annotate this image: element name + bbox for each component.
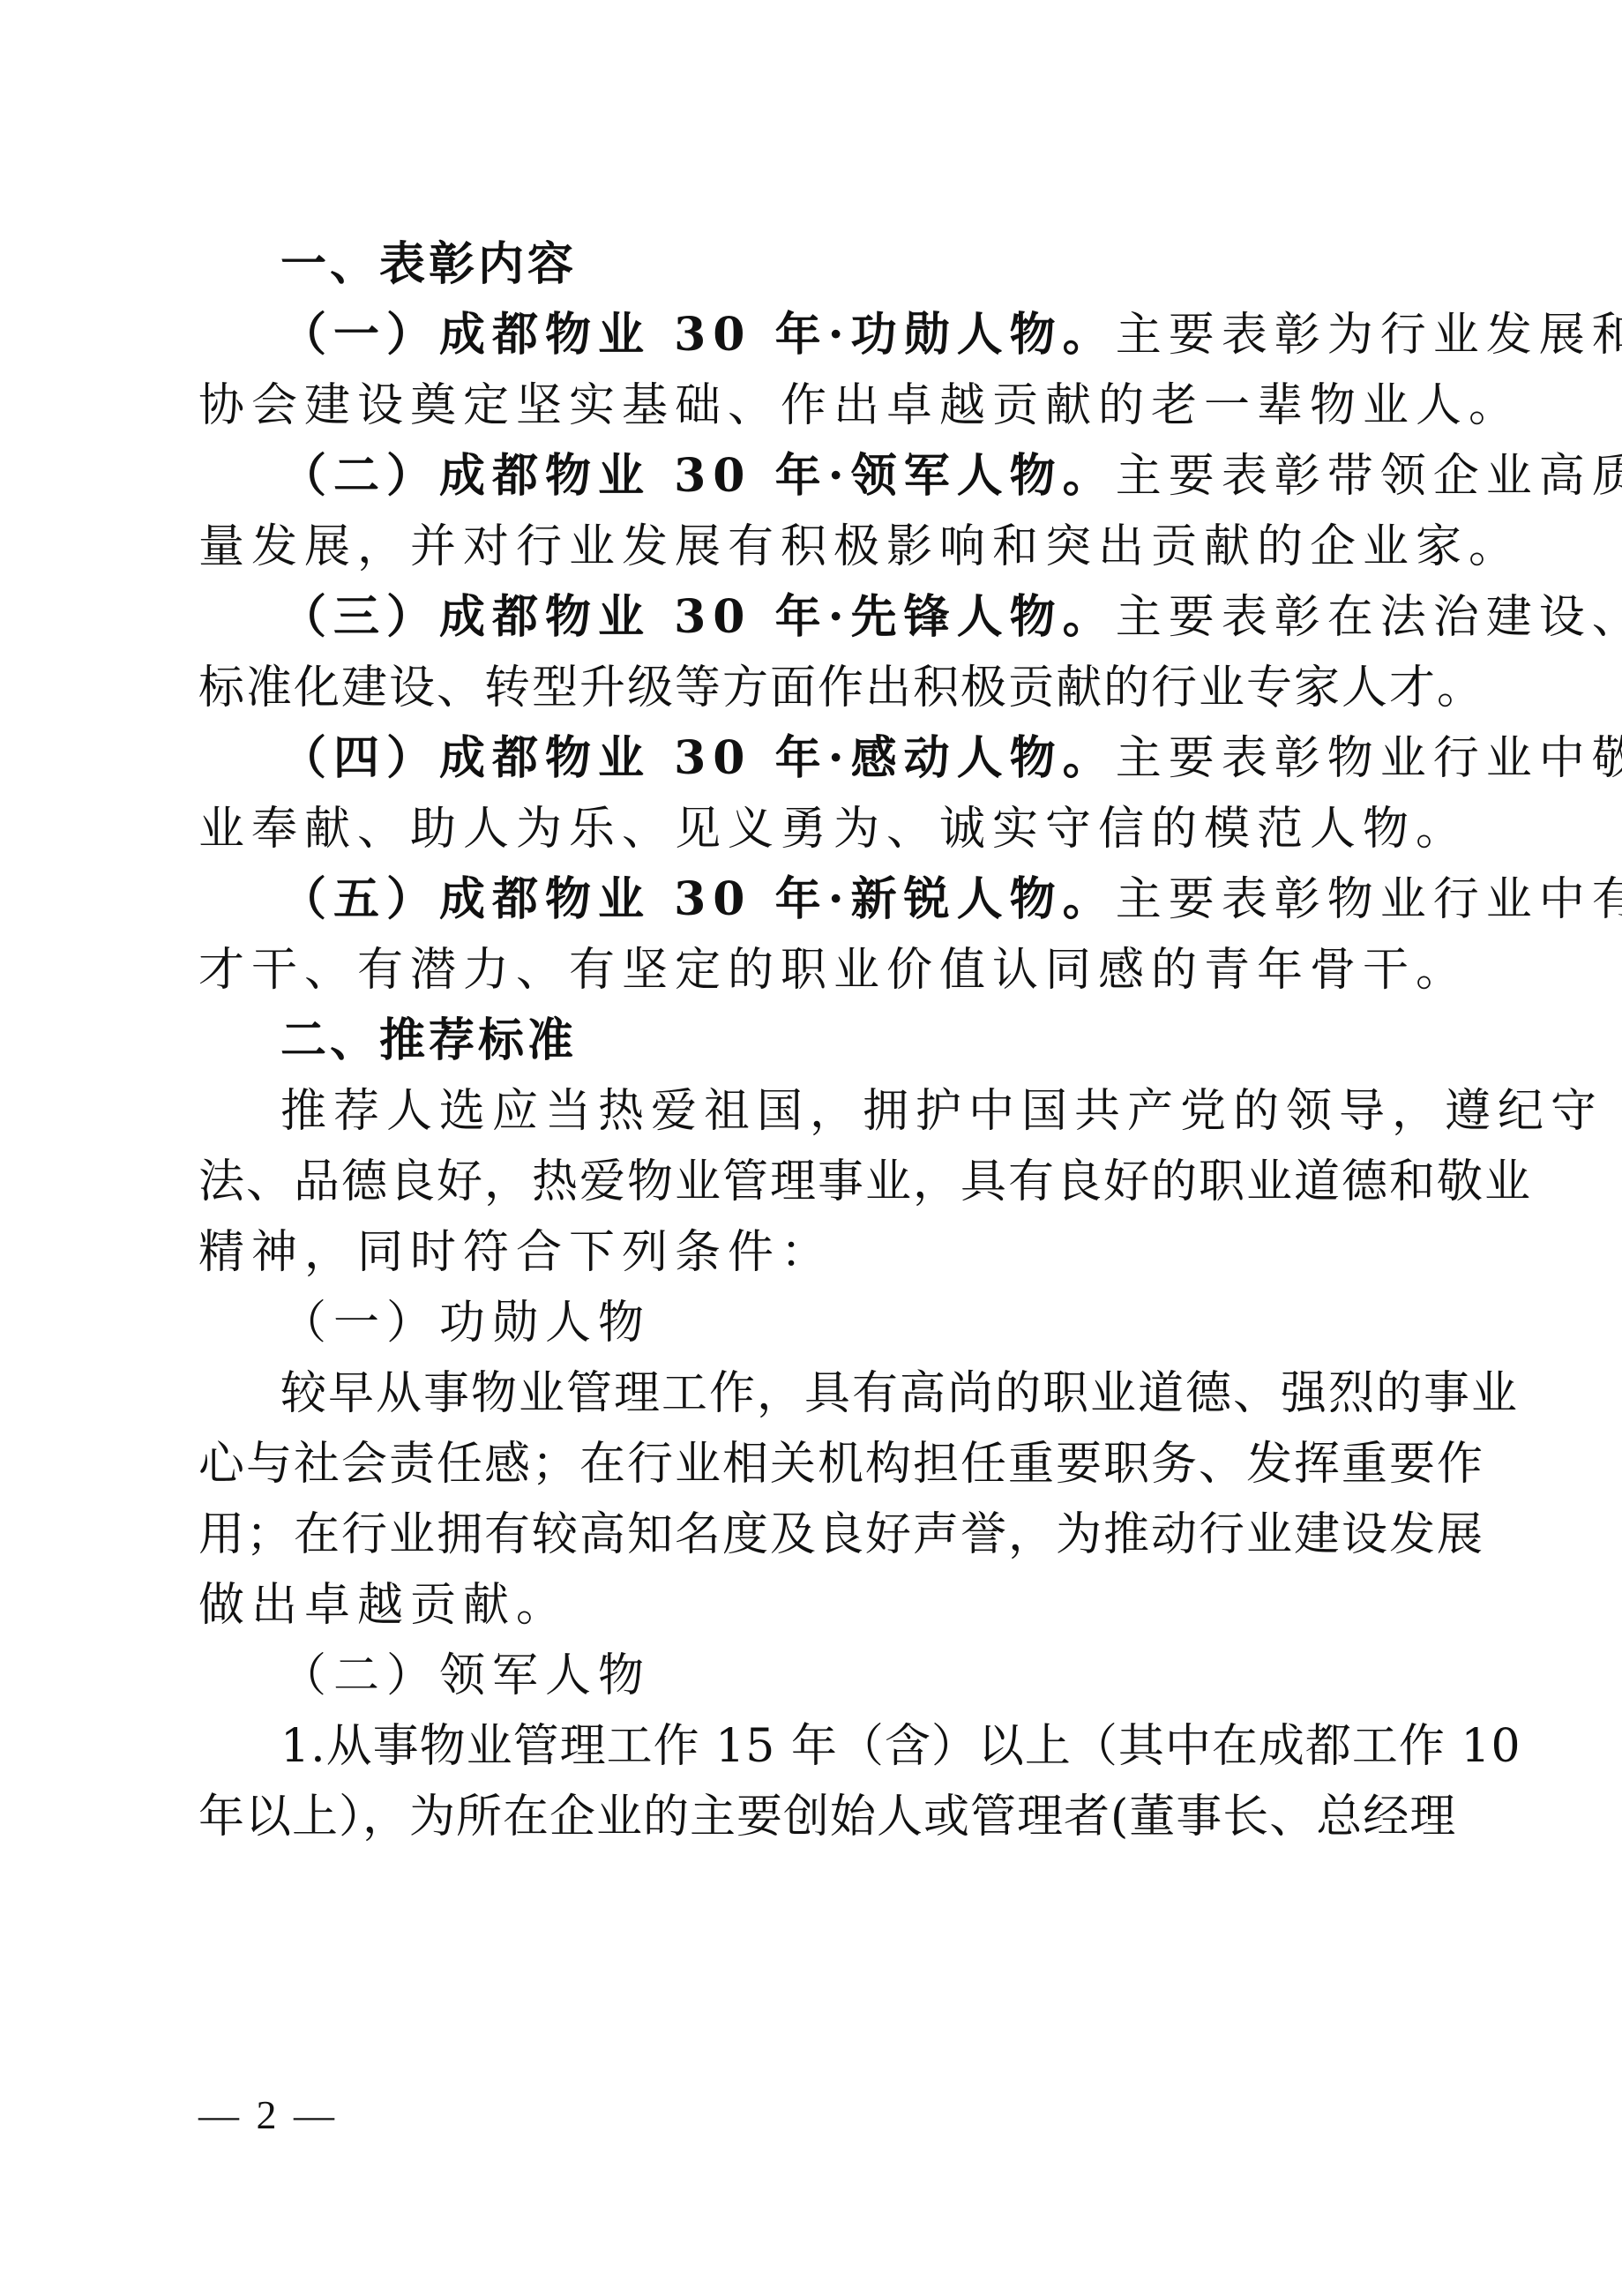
- item-5-text: 主要表彰物业行业中有: [1116, 873, 1622, 926]
- item-1-lead: （一）成都物业 30 年·功勋人物。: [280, 308, 1116, 362]
- section-heading-1: 一、表彰内容: [280, 236, 1433, 293]
- item-2-text: 主要表彰带领企业高质: [1116, 450, 1622, 503]
- subsection-1-line-4: 做出卓越贡献。: [198, 1577, 1433, 1634]
- item-4-text: 主要表彰物业行业中敬: [1116, 732, 1622, 785]
- subsection-1-line-1: 较早从事物业管理工作，具有高尚的职业道德、强烈的事业: [280, 1365, 1433, 1422]
- page-number: — 2 —: [198, 2089, 338, 2142]
- intro-line-2: 法、品德良好，热爱物业管理事业，具有良好的职业道德和敬业: [198, 1154, 1433, 1210]
- item-5-lead: （五）成都物业 30 年·新锐人物。: [280, 872, 1116, 926]
- intro-line-3: 精神，同时符合下列条件：: [198, 1224, 1433, 1281]
- item-1-line-2: 协会建设奠定坚实基础、作出卓越贡献的老一辈物业人。: [198, 378, 1433, 434]
- item-3-lead: （三）成都物业 30 年·先锋人物。: [280, 590, 1116, 644]
- item-2-line-1: （二）成都物业 30 年·领军人物。主要表彰带领企业高质: [280, 448, 1433, 505]
- section-heading-2: 二、推荐标准: [280, 1013, 1433, 1069]
- subsection-1-title: （一）功勋人物: [280, 1295, 1433, 1351]
- item-5-line-2: 才干、有潜力、有坚定的职业价值认同感的青年骨干。: [198, 942, 1433, 998]
- subsection-1-line-2: 心与社会责任感；在行业相关机构担任重要职务、发挥重要作: [198, 1436, 1433, 1492]
- item-2-line-2: 量发展，并对行业发展有积极影响和突出贡献的企业家。: [198, 519, 1433, 575]
- item-4-line-2: 业奉献、助人为乐、见义勇为、诚实守信的模范人物。: [198, 801, 1433, 857]
- item-5-line-1: （五）成都物业 30 年·新锐人物。主要表彰物业行业中有: [280, 871, 1433, 928]
- item-4-lead: （四）成都物业 30 年·感动人物。: [280, 731, 1116, 785]
- intro-line-1: 推荐人选应当热爱祖国，拥护中国共产党的领导，遵纪守: [280, 1083, 1433, 1140]
- document-page: 一、表彰内容 （一）成都物业 30 年·功勋人物。主要表彰为行业发展和 协会建设…: [0, 0, 1622, 2296]
- subsection-2-title: （二）领军人物: [280, 1648, 1433, 1704]
- item-4-line-1: （四）成都物业 30 年·感动人物。主要表彰物业行业中敬: [280, 730, 1433, 787]
- item-3-line-2: 标准化建设、转型升级等方面作出积极贡献的行业专家人才。: [198, 660, 1433, 716]
- subsection-1-line-3: 用；在行业拥有较高知名度及良好声誉，为推动行业建设发展: [198, 1507, 1433, 1563]
- item-1-text: 主要表彰为行业发展和: [1116, 309, 1622, 362]
- item-3-line-1: （三）成都物业 30 年·先锋人物。主要表彰在法治建设、: [280, 589, 1433, 646]
- subsection-2-line-2: 年以上），为所在企业的主要创始人或管理者(董事长、总经理: [198, 1789, 1433, 1845]
- item-1-line-1: （一）成都物业 30 年·功勋人物。主要表彰为行业发展和: [280, 307, 1433, 363]
- item-3-text: 主要表彰在法治建设、: [1116, 591, 1622, 644]
- subsection-2-line-1: 1.从事物业管理工作 15 年（含）以上（其中在成都工作 10: [280, 1718, 1433, 1775]
- item-2-lead: （二）成都物业 30 年·领军人物。: [280, 449, 1116, 503]
